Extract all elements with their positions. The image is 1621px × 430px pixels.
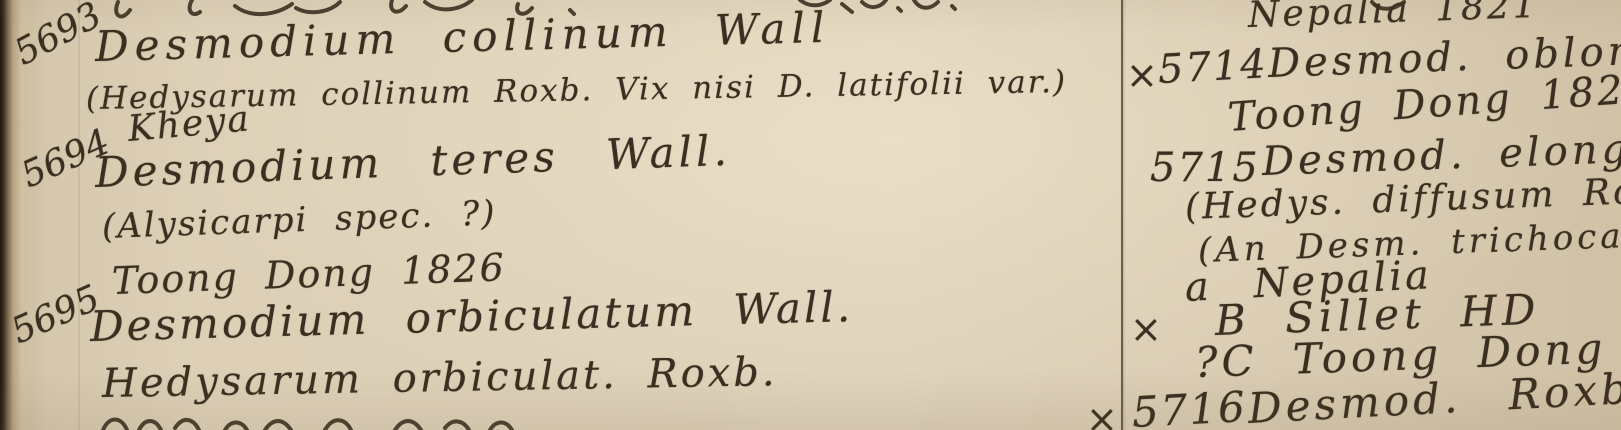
cross-mark: × [1126,56,1158,94]
locality-line: Nepalia 1821 [1247,0,1539,34]
right-column: Nepalia 1821 × 5714 Desmod. oblongum Too… [0,0,1621,430]
entry-number: 5714 [1157,44,1269,90]
entry-number: 5715 [1150,148,1260,188]
manuscript-scan: 5693 Desmodium collinum Wall (Hedysarum … [0,0,1621,430]
cross-mark: × [1086,400,1118,430]
entry-number: 5716 [1131,386,1248,430]
cross-mark: × [1130,310,1162,348]
